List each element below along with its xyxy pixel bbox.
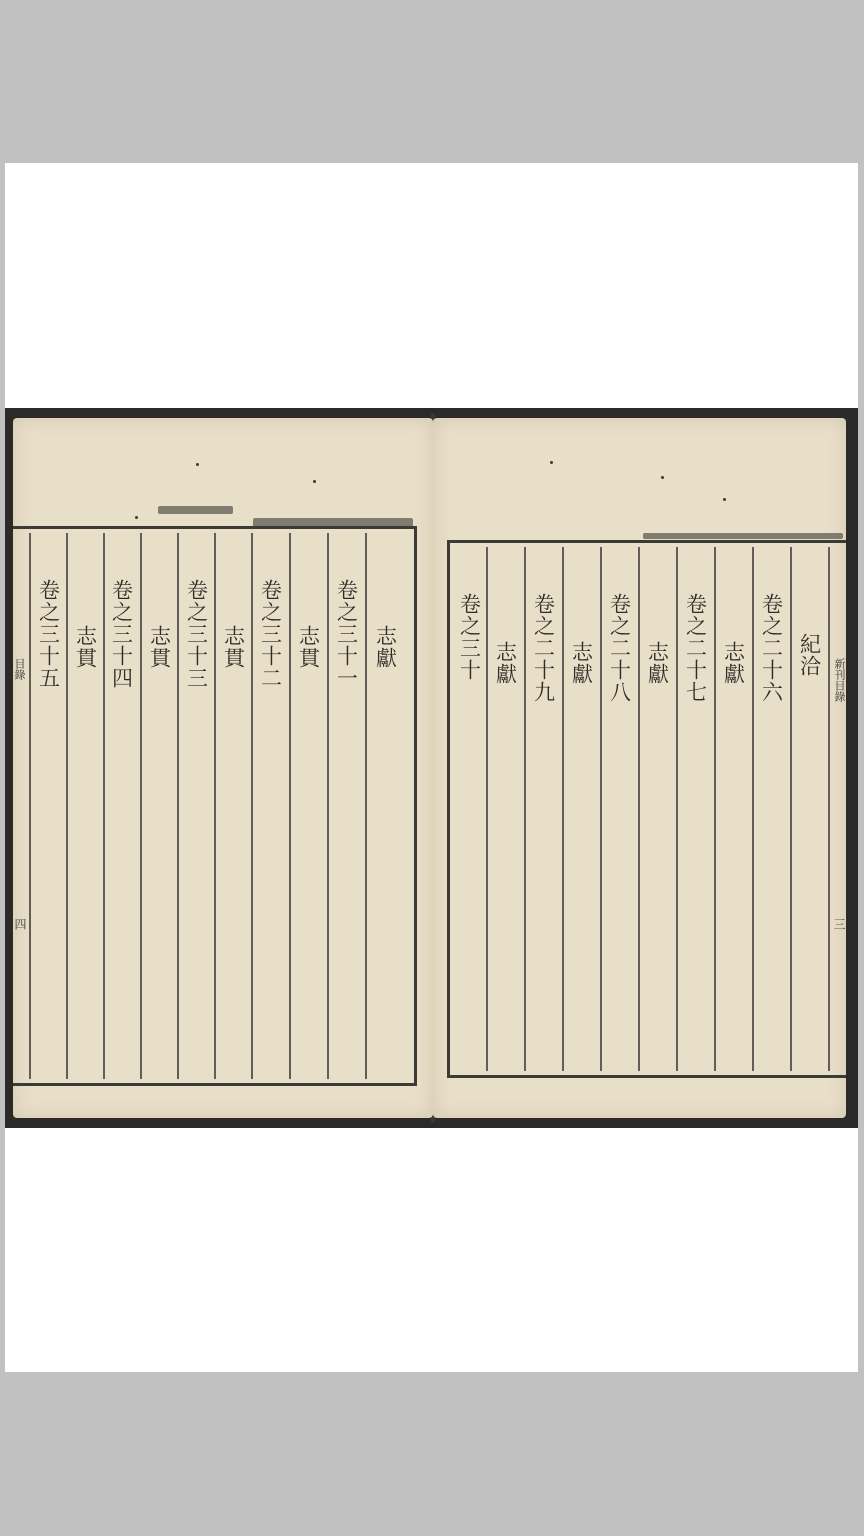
paper-speck: [313, 480, 316, 483]
left-margin-label: 目錄: [11, 658, 27, 680]
volume-text: 卷之二十六: [761, 593, 782, 703]
toc-entry-section: 志貫: [68, 625, 102, 669]
paper-speck: [550, 461, 553, 464]
toc-entry-section: 志貫: [216, 625, 250, 669]
volume-text: 卷之二十九: [533, 593, 554, 703]
toc-entry-volume[interactable]: 卷之二十九: [526, 593, 560, 703]
toc-entry-section: 志貫: [291, 625, 325, 669]
heading-text: 志獻: [375, 625, 396, 669]
left-page-frame: 志獻 卷之三十一 志貫 卷之三十二 志貫 卷之三十三 志貫 卷之三十四: [13, 526, 417, 1086]
volume-text: 卷之三十一: [336, 579, 357, 689]
right-page-frame: 紀洽 卷之二十六 志獻 卷之二十七 志獻 卷之二十八 志獻 卷之二十九: [447, 540, 846, 1078]
toc-entry-section: 志獻: [716, 641, 750, 685]
volume-text: 卷之二十八: [609, 593, 630, 703]
toc-entry-volume[interactable]: 卷之二十八: [602, 593, 636, 703]
toc-entry-volume[interactable]: 卷之三十五: [31, 579, 65, 689]
section-text: 志貫: [149, 625, 170, 669]
right-page: 紀洽 卷之二十六 志獻 卷之二十七 志獻 卷之二十八 志獻 卷之二十九: [433, 418, 846, 1118]
volume-text: 卷之三十五: [38, 579, 59, 689]
toc-entry-volume[interactable]: 卷之二十六: [754, 593, 788, 703]
left-page-number: 四: [12, 918, 29, 930]
section-text: 志貫: [223, 625, 244, 669]
toc-entry-section: 志貫: [142, 625, 176, 669]
section-text: 志獻: [571, 641, 592, 685]
toc-entry-section: 志獻: [640, 641, 674, 685]
left-page: 志獻 卷之三十一 志貫 卷之三十二 志貫 卷之三十三 志貫 卷之三十四: [13, 418, 433, 1118]
ink-smudge: [643, 533, 843, 539]
volume-text: 卷之三十二: [260, 579, 281, 689]
toc-entry-section: 志獻: [488, 641, 522, 685]
section-text: 志獻: [495, 641, 516, 685]
toc-heading: 志獻: [368, 625, 402, 669]
volume-text: 卷之三十三: [186, 579, 207, 689]
toc-entry-volume[interactable]: 卷之三十四: [104, 579, 138, 689]
volume-text: 卷之二十七: [685, 593, 706, 703]
toc-heading: 紀洽: [792, 633, 826, 677]
toc-entry-section: 志獻: [564, 641, 598, 685]
toc-entry-volume[interactable]: 卷之二十七: [678, 593, 712, 703]
paper-speck: [135, 516, 138, 519]
right-page-number: 三: [831, 918, 848, 930]
toc-entry-volume[interactable]: 卷之三十: [452, 593, 486, 681]
paper-speck: [661, 476, 664, 479]
toc-entry-volume[interactable]: 卷之三十一: [329, 579, 363, 689]
toc-entry-volume[interactable]: 卷之三十三: [179, 579, 213, 689]
right-margin-label: 新刊目錄: [831, 658, 847, 702]
toc-entry-volume[interactable]: 卷之三十二: [253, 579, 287, 689]
heading-text: 紀洽: [799, 633, 820, 677]
paper-speck: [723, 498, 726, 501]
section-text: 志獻: [647, 641, 668, 685]
ink-smudge: [158, 506, 233, 514]
section-text: 志貫: [75, 625, 96, 669]
section-text: 志獻: [723, 641, 744, 685]
section-text: 志貫: [298, 625, 319, 669]
book-scan-image[interactable]: 志獻 卷之三十一 志貫 卷之三十二 志貫 卷之三十三 志貫 卷之三十四: [5, 408, 858, 1128]
volume-text: 卷之三十四: [111, 579, 132, 689]
volume-text: 卷之三十: [459, 593, 480, 681]
paper-speck: [196, 463, 199, 466]
